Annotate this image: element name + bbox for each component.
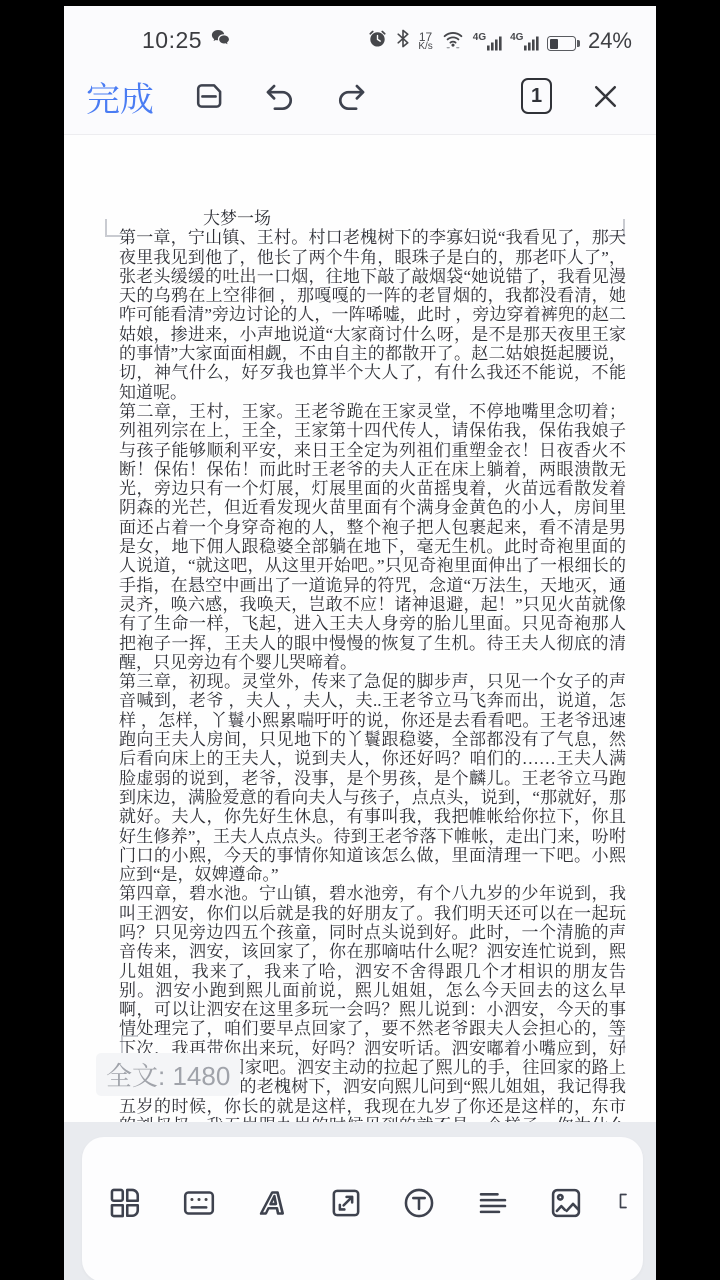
font-style-icon — [254, 1185, 290, 1221]
keyboard-icon — [181, 1185, 217, 1221]
battery-percent: 24% — [588, 28, 632, 54]
redo-button[interactable] — [333, 58, 371, 134]
document-paragraph[interactable]: 第二章，王村，王家。王老爷跪在王家灵堂，不停地嘴里念叨着；列祖列宗在上，王全，王… — [119, 402, 626, 672]
resize-icon — [328, 1185, 364, 1221]
save-icon — [191, 78, 227, 114]
resize-button[interactable] — [322, 1179, 370, 1227]
bluetooth-icon — [396, 28, 410, 54]
clock-time: 10:25 — [142, 27, 202, 54]
insert-text-icon — [401, 1185, 437, 1221]
network-speed-unit: K/s — [418, 42, 432, 52]
sim1-network-type: 4G — [473, 32, 486, 43]
close-button[interactable] — [590, 58, 621, 134]
page-count: 1 — [521, 78, 552, 114]
bottom-bar-background — [64, 1122, 656, 1280]
keyboard-button[interactable] — [175, 1179, 223, 1227]
word-count-badge: 全文: 1480 — [96, 1053, 240, 1096]
done-button[interactable]: 完成 — [86, 58, 154, 134]
wifi-icon — [441, 28, 465, 54]
widgets-grid-icon — [107, 1185, 143, 1221]
widgets-button[interactable] — [101, 1179, 149, 1227]
insert-text-button[interactable] — [395, 1179, 443, 1227]
battery-icon — [547, 36, 580, 51]
status-left-group: 10:25 — [142, 26, 232, 54]
wechat-icon — [209, 26, 232, 54]
save-button[interactable] — [191, 58, 227, 134]
edit-toolbar: 完成 1 — [64, 58, 656, 135]
paragraph-align-icon — [475, 1185, 511, 1221]
insert-image-icon — [548, 1185, 584, 1221]
sim2-network-type: 4G — [510, 32, 523, 43]
phone-screen: 10:25 17 K/s 4G 4G — [64, 0, 656, 1280]
document-paragraph[interactable]: 第三章，初现。灵堂外，传来了急促的脚步声，只见一个女子的声音喊到，老爷 ，夫人 … — [119, 672, 626, 884]
sim1-signal-icon: 4G — [473, 32, 502, 52]
paragraph-align-button[interactable] — [469, 1179, 517, 1227]
insert-image-button[interactable] — [542, 1179, 590, 1227]
font-style-button[interactable] — [248, 1179, 296, 1227]
network-speed-indicator: 17 K/s — [418, 32, 432, 52]
sim2-signal-icon: 4G — [510, 32, 539, 52]
redo-icon — [333, 77, 371, 115]
bottom-toolbar — [82, 1137, 643, 1280]
alarm-icon — [367, 28, 388, 54]
status-bar: 10:25 17 K/s 4G 4G — [64, 6, 656, 58]
document-paragraph[interactable]: 第一章，宁山镇、王村。村口老槐树下的李寡妇说“我看见了，那天夜里我见到他了，他长… — [119, 228, 626, 402]
document-title[interactable]: 大梦一场 — [119, 209, 626, 228]
page-count-button[interactable]: 1 — [521, 58, 552, 134]
document-page[interactable]: 大梦一场 第一章，宁山镇、王村。村口老槐树下的李寡妇说“我看见了，那天夜里我见到… — [64, 135, 656, 1122]
partial-next-icon[interactable] — [618, 1193, 628, 1214]
undo-button[interactable] — [260, 58, 298, 134]
close-icon — [590, 81, 621, 112]
status-right-group: 17 K/s 4G 4G 24% — [367, 28, 632, 54]
undo-icon — [260, 77, 298, 115]
